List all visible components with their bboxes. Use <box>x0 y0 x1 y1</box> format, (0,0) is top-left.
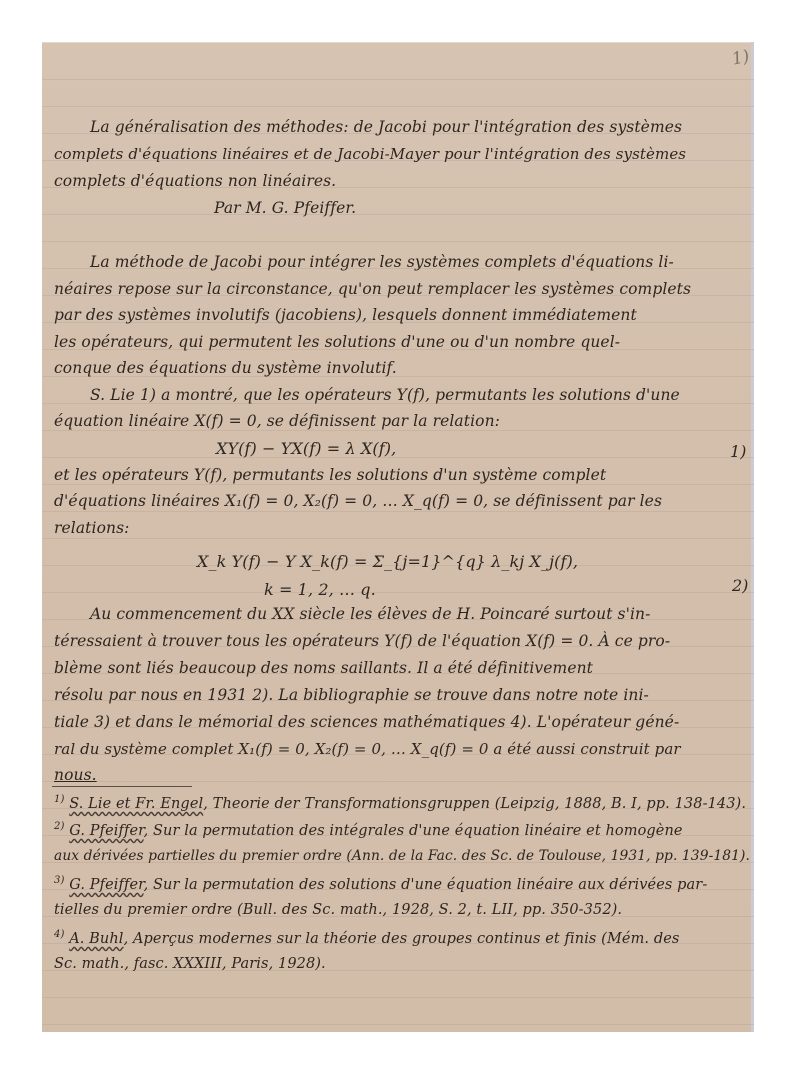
body-line: néaires repose sur la circonstance, qu'o… <box>54 280 691 298</box>
footnote-3-cont: tielles du premier ordre (Bull. des Sc. … <box>54 902 622 918</box>
manuscript-page: 1) La généralisation des méthodes: de Ja… <box>42 42 754 1032</box>
footnote-author: G. Pfeiffer <box>69 823 143 839</box>
title-line-3: complets d'équations non linéaires. <box>54 172 336 190</box>
footnote-3: 3) G. Pfeiffer, Sur la permutation des s… <box>54 875 707 893</box>
body-line: conque des équations du système involuti… <box>54 359 397 377</box>
equation-2: X_k Y(f) − Y X_k(f) = Σ_{j=1}^{q} λ_kj X… <box>197 552 578 571</box>
footnote-4: 4) A. Buhl, Aperçus modernes sur la théo… <box>54 929 679 947</box>
equation-2-number: 2) <box>732 576 748 595</box>
title-line-2: complets d'équations linéaires et de Jac… <box>54 145 686 163</box>
footnote-2-cont: aux dérivées partielles du premier ordre… <box>54 848 750 864</box>
footnote-author: S. Lie et Fr. Engel <box>69 796 203 812</box>
page-number: 1) <box>730 46 751 69</box>
body-line: et les opérateurs Y(f), permutants les s… <box>54 466 606 484</box>
body-line: nous. <box>54 766 97 784</box>
footnote-author: A. Buhl <box>69 931 123 947</box>
footnote-4-cont: Sc. math., fasc. XXXIII, Paris, 1928). <box>54 956 326 972</box>
equation-1: XY(f) − YX(f) = λ X(f), <box>216 439 396 458</box>
footnote-marker: 2) <box>54 821 64 832</box>
body-line: d'équations linéaires X₁(f) = 0, X₂(f) =… <box>54 492 662 510</box>
footnote-2: 2) G. Pfeiffer, Sur la permutation des i… <box>54 821 683 839</box>
footnote-marker: 4) <box>54 929 64 940</box>
author-line: Par M. G. Pfeiffer. <box>214 199 356 217</box>
footnote-text: , Sur la permutation des solutions d'une… <box>144 877 708 893</box>
title-line-1: La généralisation des méthodes: de Jacob… <box>90 118 682 136</box>
footnote-marker: 3) <box>54 875 64 886</box>
footnote-1: 1) S. Lie et Fr. Engel, Theorie der Tran… <box>54 794 746 812</box>
footnote-marker: 1) <box>54 794 64 805</box>
equation-1-number: 1) <box>730 442 746 461</box>
body-line: La méthode de Jacobi pour intégrer les s… <box>90 253 674 271</box>
body-line: relations: <box>54 519 129 537</box>
body-line: par des systèmes involutifs (jacobiens),… <box>54 306 637 324</box>
body-line: résolu par nous en 1931 2). La bibliogra… <box>54 686 649 704</box>
body-line: tiale 3) et dans le mémorial des science… <box>54 713 679 731</box>
body-line: les opérateurs, qui permutent les soluti… <box>54 333 620 351</box>
body-line: téressaient à trouver tous les opérateur… <box>54 632 670 650</box>
equation-2-range: k = 1, 2, … q. <box>264 580 376 599</box>
body-line: S. Lie 1) a montré, que les opérateurs Y… <box>90 386 680 404</box>
body-line: ral du système complet X₁(f) = 0, X₂(f) … <box>54 740 681 758</box>
body-line: blème sont liés beaucoup des noms sailla… <box>54 659 593 677</box>
footnote-text: , Theorie der Transformationsgruppen (Le… <box>203 796 746 812</box>
body-line: Au commencement du XX siècle les élèves … <box>90 605 650 623</box>
footnote-author: G. Pfeiffer <box>69 877 143 893</box>
footnote-text: , Sur la permutation des intégrales d'un… <box>144 823 683 839</box>
footnote-text: , Aperçus modernes sur la théorie des gr… <box>124 931 680 947</box>
footnote-separator <box>52 786 192 787</box>
body-line: équation linéaire X(f) = 0, se définisse… <box>54 412 500 430</box>
